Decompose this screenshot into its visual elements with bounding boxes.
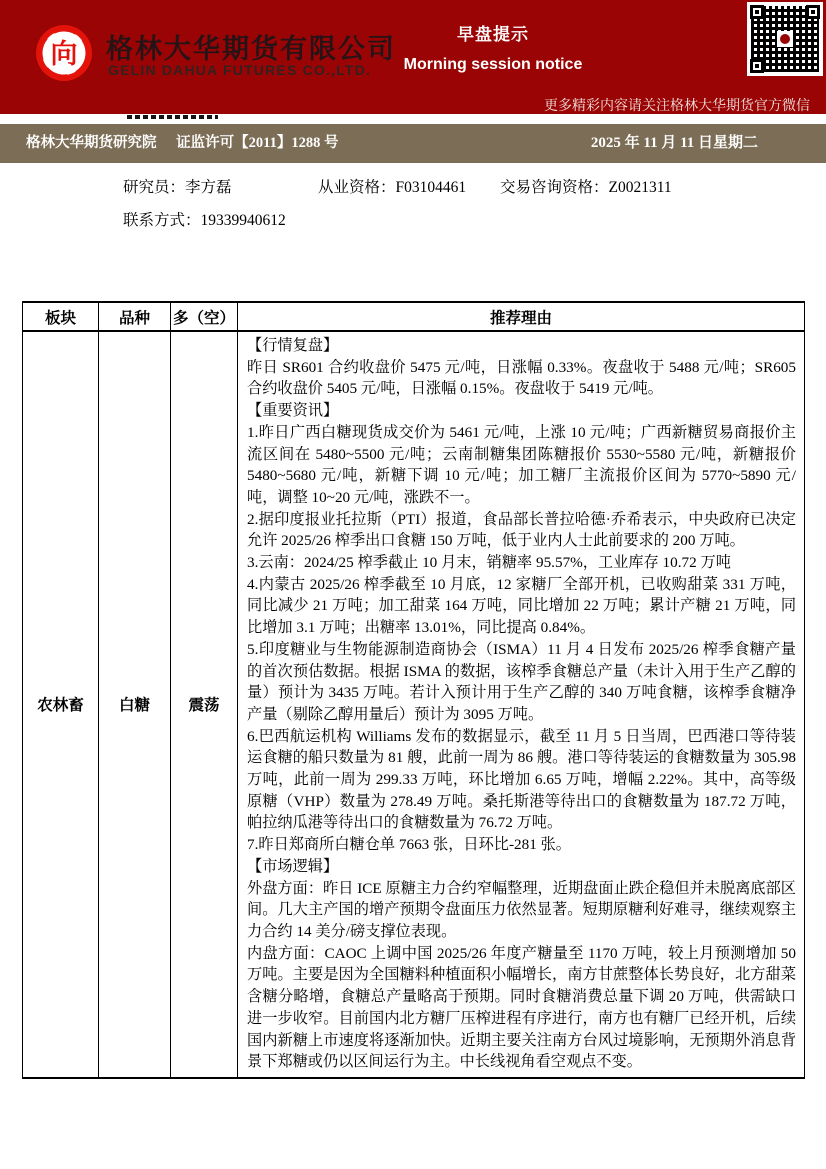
cell-reason: 【行情复盘】昨日 SR601 合约收盘价 5475 元/吨，日涨幅 0.33%。… <box>238 332 804 1077</box>
qr-finder-icon <box>750 5 764 19</box>
license-number: 证监许可【2011】1288 号 <box>176 135 338 151</box>
notice-title-en: Morning session notice <box>398 56 588 74</box>
researcher-consult-qualification: 交易咨询资格：Z0021311 <box>500 175 672 197</box>
reason-paragraph: 【重要资讯】 <box>247 400 796 422</box>
reason-paragraph: 3.云南：2024/25 榨季截止 10 月末，销糖率 95.57%，工业库存 … <box>247 552 796 574</box>
institute-banner: 格林大华期货研究院 证监许可【2011】1288 号 2025 年 11 月 1… <box>0 124 826 163</box>
reason-paragraph: 【行情复盘】 <box>247 335 796 357</box>
cell-sector: 农林畜 <box>23 332 99 1077</box>
company-logo-icon: 向 <box>36 25 92 81</box>
researcher-row-2: 联系方式：19339940612 <box>0 208 826 228</box>
reason-paragraph: 6.巴西航运机构 Williams 发布的数据显示，截至 11 月 5 日当周，… <box>247 726 796 835</box>
masthead-band: 向 格林大华期货有限公司 GELIN DAHUA FUTURES CO.,LTD… <box>0 0 826 114</box>
qr-pattern <box>751 6 819 72</box>
reason-paragraph: 昨日 SR601 合约收盘价 5475 元/吨，日涨幅 0.33%。夜盘收于 5… <box>247 357 796 400</box>
reason-paragraph: 外盘方面：昨日 ICE 原糖主力合约窄幅整理，近期盘面止跌企稳但并未脱离底部区间… <box>247 878 796 943</box>
table-header-row: 板块 品种 多（空） 推荐理由 <box>23 303 804 332</box>
qr-center-logo-icon <box>777 31 793 47</box>
notice-title-block: 早盘提示 Morning session notice <box>398 20 588 74</box>
reason-paragraph: 1.昨日广西白糖现货成交价为 5461 元/吨，上涨 10 元/吨；广西新糖贸易… <box>247 422 796 509</box>
reason-paragraph: 【市场逻辑】 <box>247 856 796 878</box>
institute-license: 格林大华期货研究院 证监许可【2011】1288 号 <box>26 124 338 163</box>
researcher-row-1: 研究员：李方磊 从业资格：F03104461 交易咨询资格：Z0021311 <box>0 175 826 195</box>
wechat-note: 更多精彩内容请关注格林大华期货官方微信 <box>544 95 810 115</box>
researcher-contact: 联系方式：19339940612 <box>123 208 286 230</box>
qr-finder-icon <box>806 5 820 19</box>
cell-direction: 震荡 <box>171 332 238 1077</box>
header-sector: 板块 <box>23 303 99 330</box>
header-reason: 推荐理由 <box>238 303 804 330</box>
researcher-name: 研究员：李方磊 <box>123 175 232 197</box>
company-name-en: GELIN DAHUA FUTURES CO.,LTD. <box>108 62 371 78</box>
institute-name: 格林大华期货研究院 <box>26 135 157 151</box>
header-variety: 品种 <box>99 303 171 330</box>
dashed-separator <box>127 115 218 119</box>
notice-title-cn: 早盘提示 <box>398 20 588 45</box>
qr-finder-icon <box>750 59 764 73</box>
table-row: 农林畜 白糖 震荡 【行情复盘】昨日 SR601 合约收盘价 5475 元/吨，… <box>23 332 804 1077</box>
recommendation-table: 板块 品种 多（空） 推荐理由 农林畜 白糖 震荡 【行情复盘】昨日 SR601… <box>22 301 805 1079</box>
reason-paragraph: 5.印度糖业与生物能源制造商协会（ISMA）11 月 4 日发布 2025/26… <box>247 639 796 726</box>
reason-paragraph: 内盘方面：CAOC 上调中国 2025/26 年度产糖量至 1170 万吨，较上… <box>247 943 796 1073</box>
cell-variety: 白糖 <box>99 332 171 1077</box>
reason-paragraph: 7.昨日郑商所白糖仓单 7663 张，日环比-281 张。 <box>247 834 796 856</box>
reason-paragraph: 2.据印度报业托拉斯（PTI）报道，食品部长普拉哈德·乔希表示，中央政府已决定允… <box>247 509 796 552</box>
wechat-qr-code <box>747 2 823 76</box>
company-name-cn: 格林大华期货有限公司 <box>106 27 396 66</box>
report-date: 2025 年 11 月 11 日星期二 <box>591 124 758 163</box>
header-direction: 多（空） <box>171 303 238 330</box>
reason-paragraph: 4.内蒙古 2025/26 榨季截至 10 月底，12 家糖厂全部开机，已收购甜… <box>247 574 796 639</box>
svg-text:向: 向 <box>51 39 78 70</box>
researcher-qualification: 从业资格：F03104461 <box>318 175 466 197</box>
